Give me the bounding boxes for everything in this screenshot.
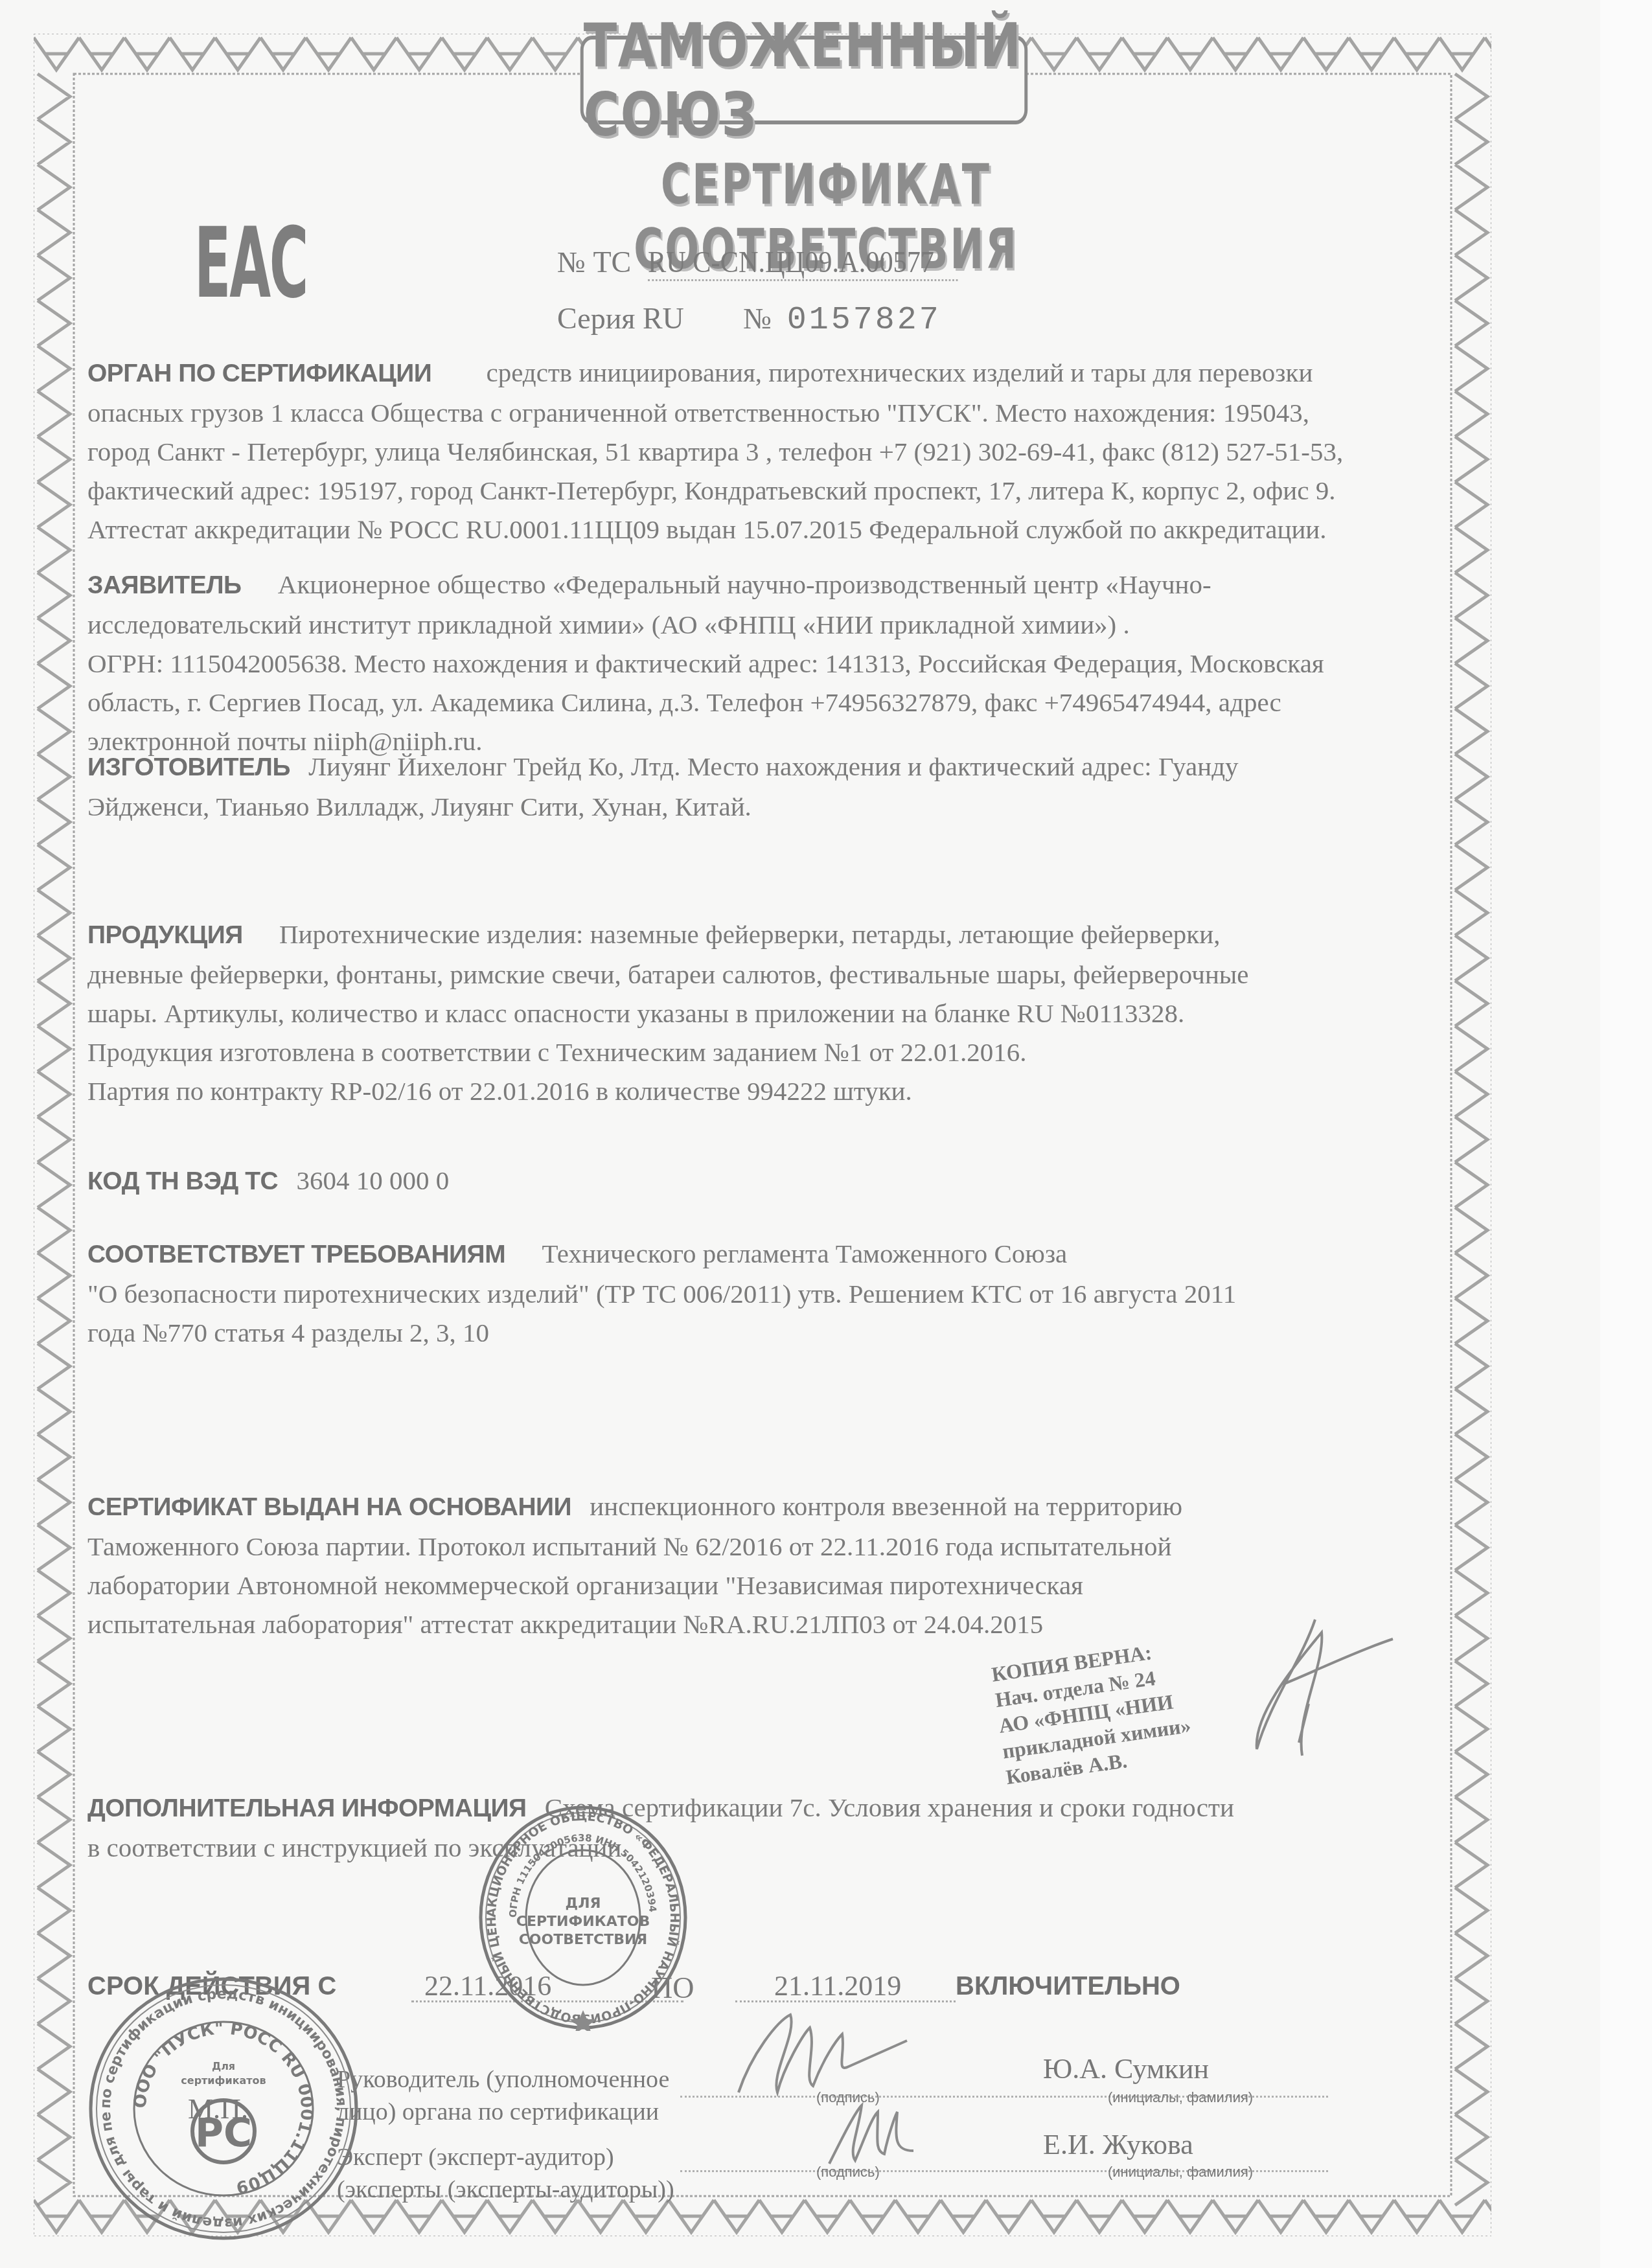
certificate-number: RU C-CN.ЦЦ09.А.00577 bbox=[648, 245, 958, 281]
svg-text:СООТВЕТСТВИЯ: СООТВЕТСТВИЯ bbox=[519, 1932, 648, 1948]
section-line: инспекционного контроля ввезенной на тер… bbox=[590, 1491, 1182, 1521]
name-caption: (инициалы, фамилия) bbox=[1108, 2089, 1253, 2106]
svg-text:ДЛЯ: ДЛЯ bbox=[566, 1896, 601, 1912]
section-line: Таможенного Союза партии. Протокол испыт… bbox=[87, 1531, 1171, 1561]
series-row: Серия RU № 0157827 bbox=[557, 301, 941, 339]
section-hs-code: КОД ТН ВЭД ТС 3604 10 000 0 bbox=[87, 1161, 1480, 1201]
section-line: "О безопасности пиротехнических изделий"… bbox=[87, 1279, 1236, 1309]
svg-text:Для: Для bbox=[212, 2060, 235, 2072]
section-line: Продукция изготовлена в соответствии с Т… bbox=[87, 1037, 1026, 1067]
certificate-number-label: № ТС bbox=[557, 246, 631, 279]
section-line: Акционерное общество «Федеральный научно… bbox=[278, 569, 1211, 599]
section-label: ДОПОЛНИТЕЛЬНАЯ ИНФОРМАЦИЯ bbox=[87, 1794, 527, 1822]
svg-text:PC: PC bbox=[195, 2111, 252, 2156]
series-label: Серия RU bbox=[557, 302, 684, 335]
certificate-number-row: № ТС RU C-CN.ЦЦ09.А.00577 bbox=[557, 245, 985, 281]
expert-role: Эксперт (эксперт-аудитор) (эксперты (экс… bbox=[337, 2141, 674, 2206]
expert-role-line: Эксперт (эксперт-аудитор) bbox=[337, 2141, 674, 2173]
svg-text:ООО "ПУСК" РОСС RU 0001.11ЦЦ: ООО "ПУСК" РОСС RU 0001.11ЦЦ09 bbox=[131, 2019, 317, 2197]
section-label: КОД ТН ВЭД ТС bbox=[87, 1167, 278, 1195]
head-role-line: Руководитель (уполномоченное bbox=[337, 2063, 669, 2096]
head-name: Ю.А. Сумкин bbox=[1043, 2052, 1209, 2085]
section-additional-info: ДОПОЛНИТЕЛЬНАЯ ИНФОРМАЦИЯ Схема сертифик… bbox=[87, 1788, 1480, 1867]
customs-union-banner: ТАМОЖЕННЫЙ СОЮЗ bbox=[580, 36, 1027, 124]
section-line: лаборатории Автономной некоммерческой ор… bbox=[87, 1570, 1083, 1600]
section-applicant: ЗАЯВИТЕЛЬ Акционерное общество «Федераль… bbox=[87, 565, 1480, 761]
signature-sumkin-icon bbox=[726, 1995, 920, 2105]
blank-number: 0157827 bbox=[787, 302, 941, 339]
section-line: Лиуянг Йихелонг Трейд Ко, Лтд. Место нах… bbox=[308, 751, 1238, 781]
section-line: опасных грузов 1 класса Общества с огран… bbox=[87, 398, 1309, 428]
head-role: Руководитель (уполномоченное лицо) орган… bbox=[337, 2063, 669, 2128]
eac-mark-icon: EAC bbox=[194, 207, 307, 320]
validity-inclusive: ВКЛЮЧИТЕЛЬНО bbox=[956, 1972, 1180, 2001]
section-line: ОГРН: 1115042005638. Место нахождения и … bbox=[87, 648, 1324, 678]
section-line: года №770 статья 4 разделы 2, 3, 10 bbox=[87, 1318, 489, 1347]
section-line: фактический адрес: 195197, город Санкт-П… bbox=[87, 475, 1335, 505]
section-label: СООТВЕТСТВУЕТ ТРЕБОВАНИЯМ bbox=[87, 1241, 505, 1268]
section-manufacturer: ИЗГОТОВИТЕЛЬ Лиуянг Йихелонг Трейд Ко, Л… bbox=[87, 747, 1480, 826]
section-line: средств инициирования, пиротехнических и… bbox=[486, 358, 1313, 387]
section-line: область, г. Сергиев Посад, ул. Академика… bbox=[87, 687, 1281, 717]
section-line: дневные фейерверки, фонтаны, римские све… bbox=[87, 959, 1249, 989]
section-label: ЗАЯВИТЕЛЬ bbox=[87, 571, 242, 599]
svg-text:сертификатов: сертификатов bbox=[181, 2074, 266, 2087]
section-line: Партия по контракту RP-02/16 от 22.01.20… bbox=[87, 1076, 912, 1106]
section-product: ПРОДУКЦИЯ Пиротехнические изделия: назем… bbox=[87, 915, 1480, 1110]
section-line: шары. Артикулы, количество и класс опасн… bbox=[87, 998, 1184, 1028]
certification-body-round-seal: по сертификации средств инициирования, п… bbox=[84, 1973, 363, 2245]
section-line: Пиротехнические изделия: наземные фейерв… bbox=[279, 919, 1220, 949]
section-line: Технического регламента Таможенного Союз… bbox=[542, 1239, 1067, 1268]
expert-name: Е.И. Жукова bbox=[1043, 2128, 1193, 2161]
name-caption: (инициалы, фамилия) bbox=[1108, 2164, 1253, 2181]
applicant-round-seal: АКЦИОНЕРНОЕ ОБЩЕСТВО «ФЕДЕРАЛЬНЫЙ НАУЧНО… bbox=[476, 1804, 690, 2031]
copy-certified-stamp: КОПИЯ ВЕРНА: Нач. отдела № 24 АО «ФНПЦ «… bbox=[990, 1635, 1196, 1790]
expert-role-line: (эксперты (эксперты-аудиторы)) bbox=[337, 2173, 674, 2206]
section-label: ОРГАН ПО СЕРТИФИКАЦИИ bbox=[87, 360, 431, 387]
section-label: ПРОДУКЦИЯ bbox=[87, 921, 243, 949]
head-role-line: лицо) органа по сертификации bbox=[337, 2096, 669, 2128]
blank-number-label: № bbox=[743, 302, 772, 335]
page-margin bbox=[1600, 0, 1652, 2268]
section-certification-body: ОРГАН ПО СЕРТИФИКАЦИИ средств инициирова… bbox=[87, 353, 1480, 549]
section-line: город Санкт - Петербург, улица Челябинск… bbox=[87, 437, 1343, 466]
svg-text:СЕРТИФИКАТОВ: СЕРТИФИКАТОВ bbox=[516, 1914, 650, 1930]
section-line: Эйдженси, Тианьяо Вилладж, Лиуянг Сити, … bbox=[87, 792, 751, 821]
section-line: испытательная лаборатория" аттестат аккр… bbox=[87, 1609, 1043, 1639]
section-label: ИЗГОТОВИТЕЛЬ bbox=[87, 753, 290, 781]
section-line: Аттестат аккредитации № РОСС RU.0001.11Ц… bbox=[87, 514, 1327, 544]
signature-zhukova-icon bbox=[823, 2099, 926, 2170]
signature-kovalev-icon bbox=[1192, 1607, 1399, 1762]
section-line: исследовательский институт прикладной хи… bbox=[87, 610, 1130, 639]
section-conformity: СООТВЕТСТВУЕТ ТРЕБОВАНИЯМ Технического р… bbox=[87, 1234, 1480, 1352]
section-label: СЕРТИФИКАТ ВЫДАН НА ОСНОВАНИИ bbox=[87, 1493, 571, 1521]
hs-code-value: 3604 10 000 0 bbox=[296, 1165, 449, 1195]
customs-union-title: ТАМОЖЕННЫЙ СОЮЗ bbox=[584, 11, 1025, 150]
